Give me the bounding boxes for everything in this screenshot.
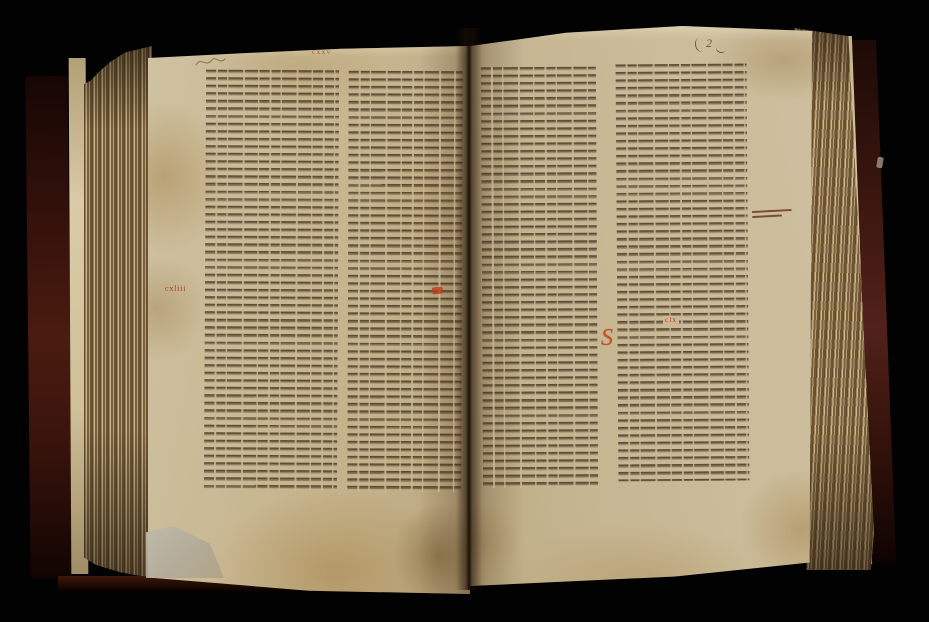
left-page-header-numeral: cxxv [312,49,332,56]
manuscript-photo: cxxv cxliii clx S 2 [0,0,929,622]
folio-number-mark: 2 [695,35,729,55]
marginal-annotation [752,209,792,221]
clasp-remnant [876,157,884,169]
marginal-annotation-line [752,215,782,218]
manuscript-text-column-right-1 [481,67,598,489]
left-fore-edge-stack [84,44,152,580]
manuscript-text-column-left-1 [204,70,339,492]
manuscript-text-column-right-2 [616,64,750,482]
folio-flourish-right [715,43,727,55]
red-paragraph-mark [432,287,443,295]
right-column-chapter-numeral: clx [663,316,679,324]
ink-flourish-doodle [194,54,228,70]
left-margin-chapter-numeral: cxliii [165,285,186,293]
red-initial-letter: S [601,326,613,350]
manuscript-text-column-left-2 [347,71,462,492]
folio-number: 2 [706,36,712,51]
left-binding-board [25,76,72,578]
